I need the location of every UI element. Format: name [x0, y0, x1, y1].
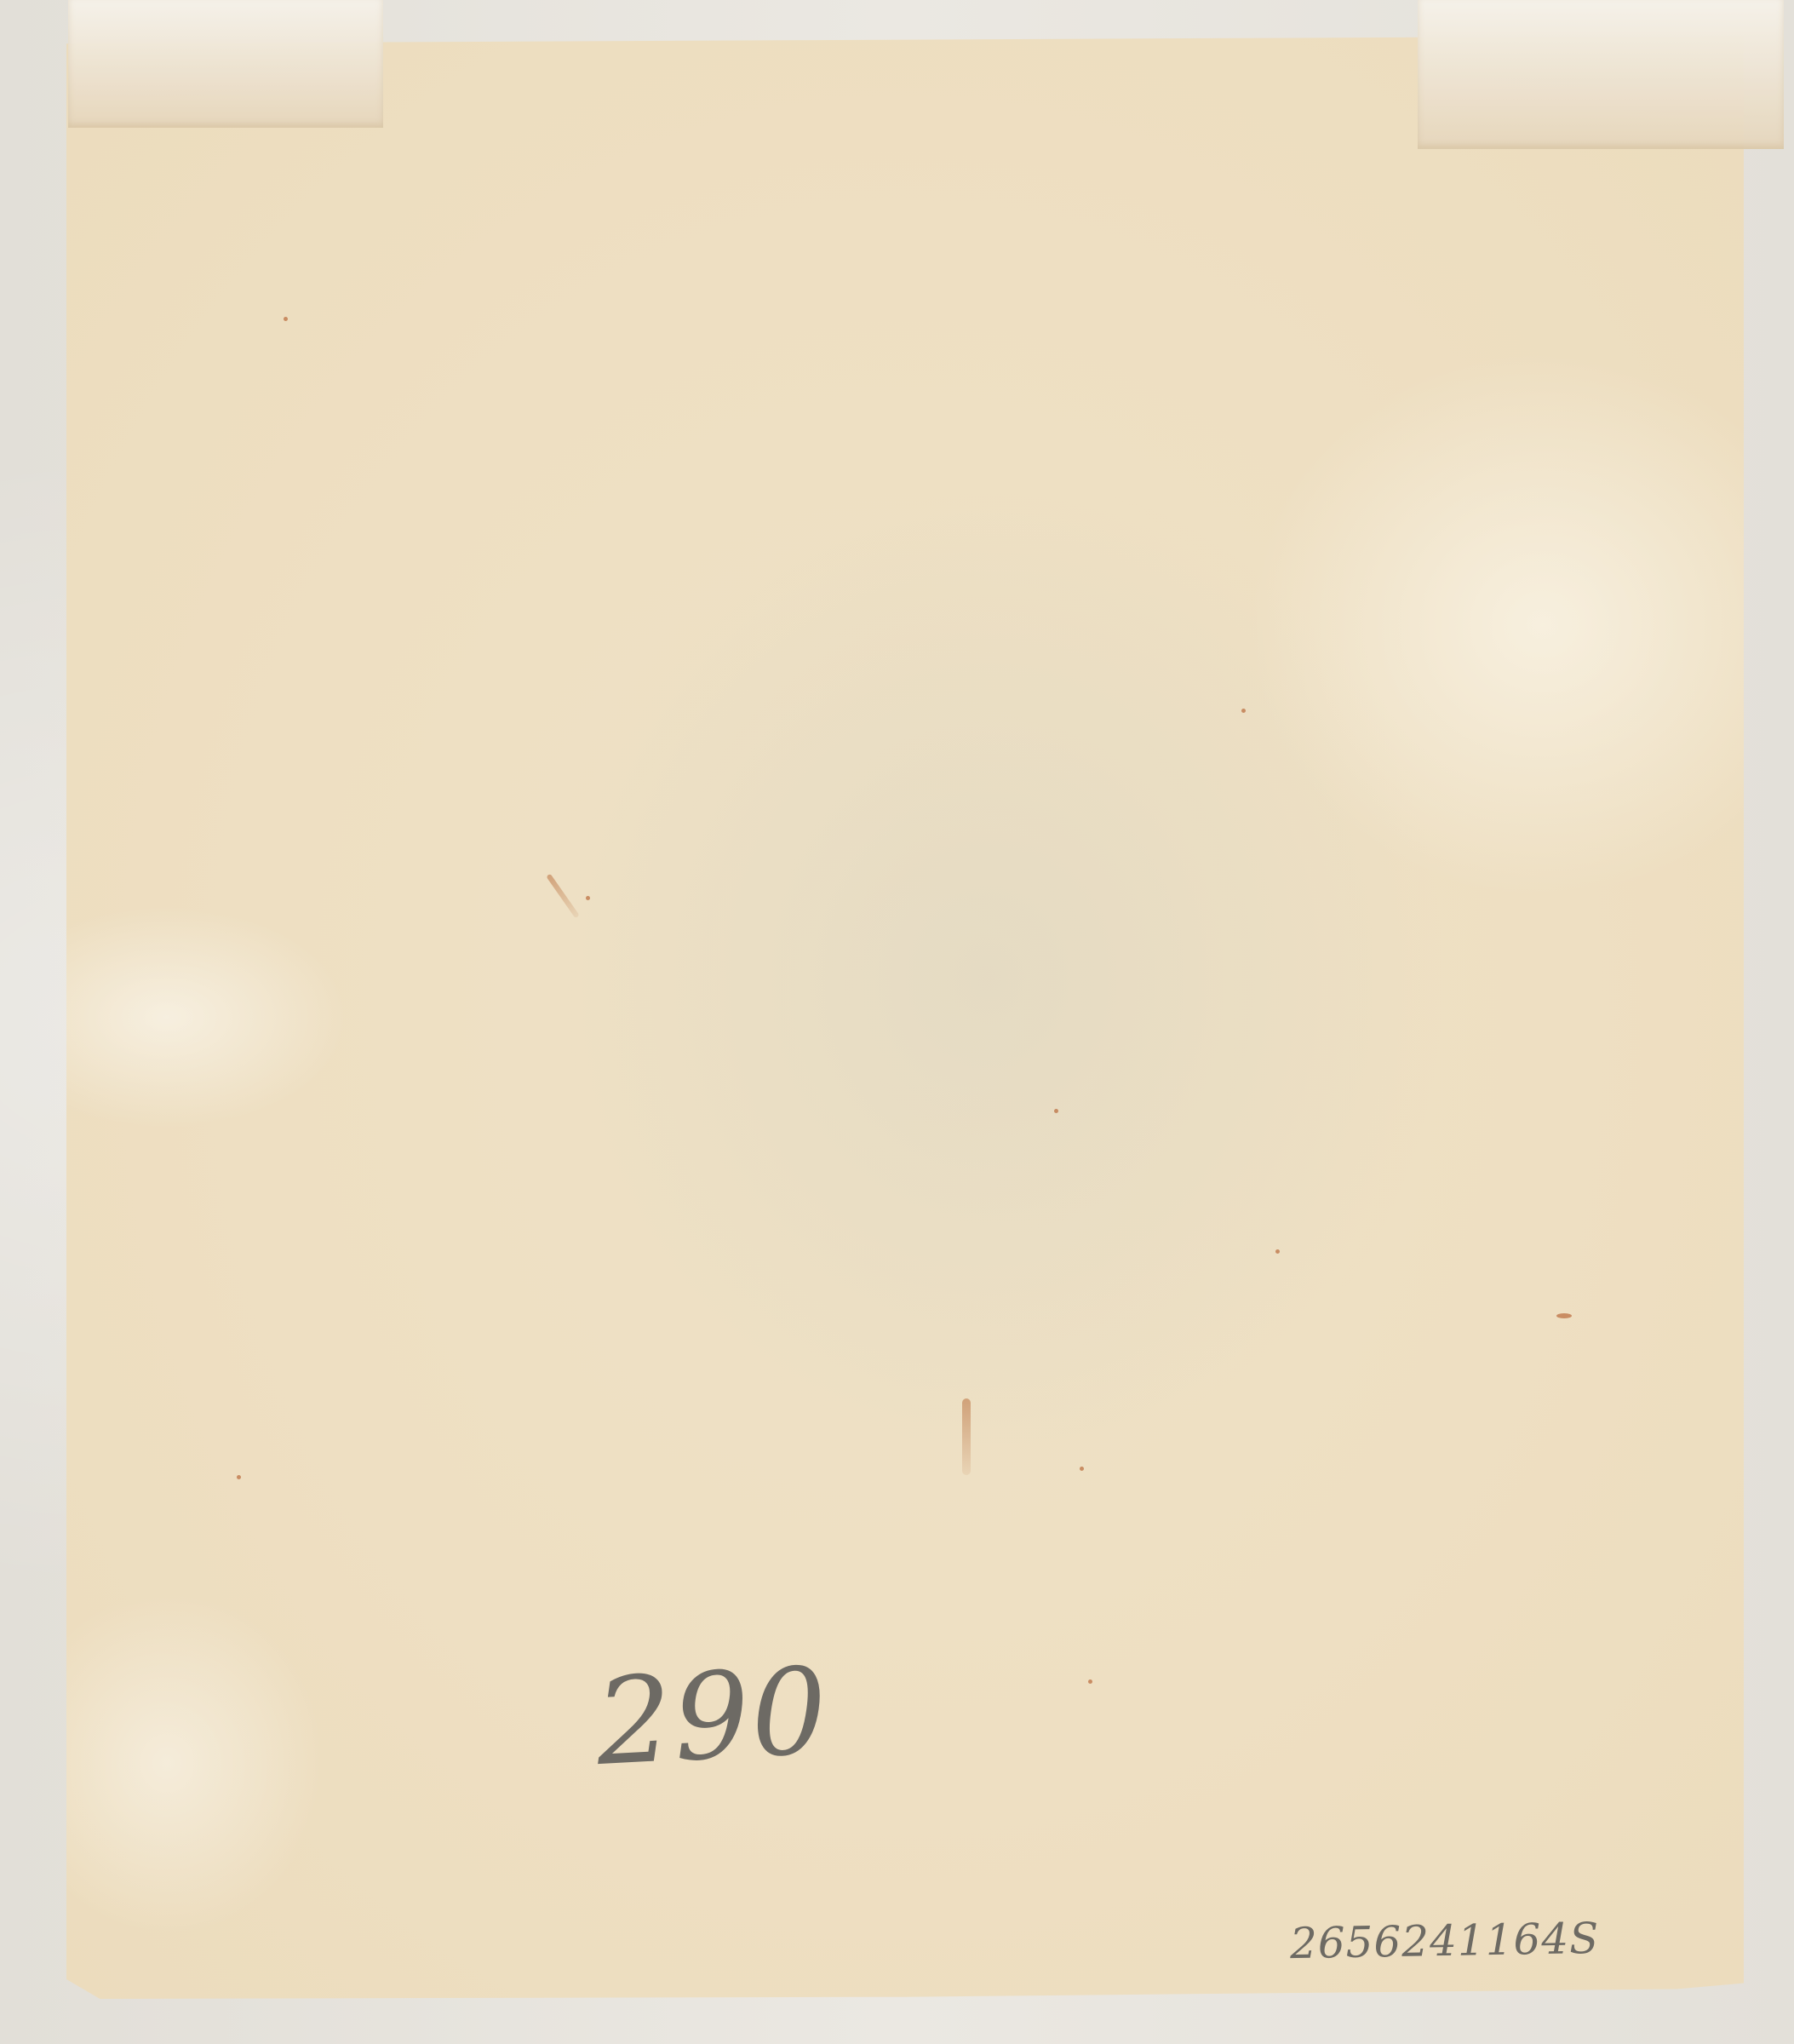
foxing-spot	[586, 896, 590, 900]
foxing-spot	[1275, 1249, 1280, 1254]
foxing-spot	[1556, 1313, 1572, 1318]
foxing-spot	[237, 1475, 241, 1479]
stain-streak	[546, 874, 579, 919]
stain-streak	[962, 1398, 971, 1475]
foxing-spot	[1241, 709, 1246, 713]
hinge-tape-right	[1418, 0, 1784, 149]
foxing-spot	[1054, 1109, 1058, 1113]
foxing-spot	[1080, 1467, 1084, 1471]
hinge-tape-left	[68, 0, 383, 128]
pencil-accession-number: 2656241164S	[1290, 1914, 1600, 1968]
foxing-spot	[284, 317, 288, 321]
paper-sheet	[66, 36, 1744, 1999]
foxing-spot	[1088, 1679, 1092, 1684]
pencil-inscription-number: 290	[593, 1642, 832, 1793]
